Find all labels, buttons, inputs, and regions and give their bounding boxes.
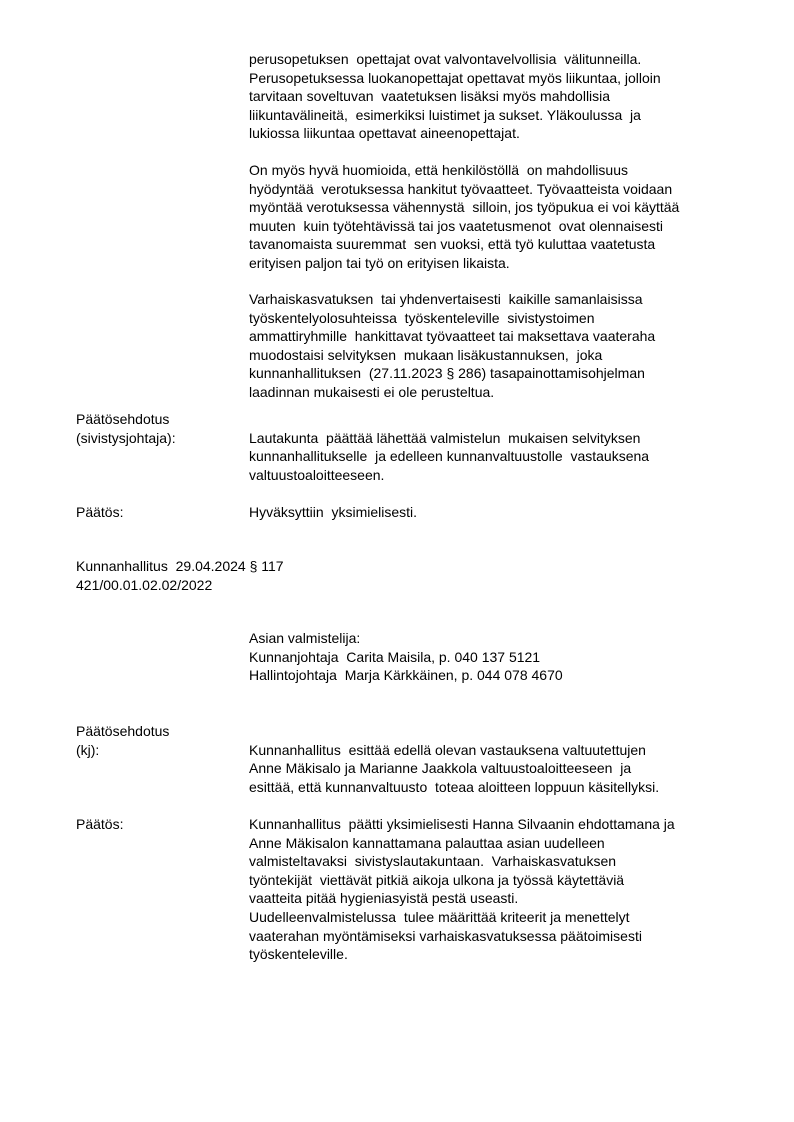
preparer-line: Kunnanjohtaja Carita Maisila, p. 040 137… [249,648,563,667]
meeting-heading: Kunnanhallitus 29.04.2024 § 117 [76,557,284,576]
text-line: kunnanhallituksen (27.11.2023 § 286) tas… [249,364,655,383]
lautakunta-decision-label: Päätös: [76,503,123,522]
text-line: Uudelleenvalmistelussa tulee määrittää k… [249,908,675,927]
text-line: laadinnan mukaisesti ei ole perusteltua. [249,383,655,402]
text-line: tavanomaista suuremmat sen vuoksi, että … [249,235,679,254]
lautakunta-proposal-label: Päätösehdotus (sivistysjohtaja): [76,410,176,447]
text-line: tarvitaan soveltuvan vaatetuksen lisäksi… [249,87,661,106]
kh-proposal-label: Päätösehdotus (kj): [76,722,169,759]
text-line: vaaterahan myöntämiseksi varhaiskasvatuk… [249,927,675,946]
text-line: esittää, että kunnanvaltuusto toteaa alo… [249,778,659,797]
text-line: lukiossa liikuntaa opettavat aineenopett… [249,124,661,143]
text-line: kunnanhallitukselle ja edelleen kunnanva… [249,447,649,466]
text-line: Kunnanhallitus päätti yksimielisesti Han… [249,815,675,834]
text-line: valtuustoaloitteeseen. [249,466,649,485]
kh-decision-label: Päätös: [76,815,123,834]
label-line: (kj): [76,741,169,760]
text-line: Varhaiskasvatuksen tai yhdenvertaisesti … [249,290,655,309]
kunnanhallitus-heading-block: Kunnanhallitus 29.04.2024 § 117 421/00.0… [76,557,284,594]
intro-paragraph-2: On myös hyvä huomioida, että henkilöstöl… [249,161,679,273]
label-line: Päätösehdotus [76,410,176,429]
text-line: työskentelyolosuhteissa työskenteleville… [249,309,655,328]
text-line: muodostaisi selvityksen mukaan lisäkusta… [249,346,655,365]
text-line: perusopetuksen opettajat ovat valvontave… [249,50,661,69]
diary-number: 421/00.01.02.02/2022 [76,576,284,595]
preparers-title: Asian valmistelija: [249,629,563,648]
text-line: valmisteltavaksi sivistyslautakuntaan. V… [249,852,675,871]
kh-decision-text: Kunnanhallitus päätti yksimielisesti Han… [249,815,675,964]
text-line: työskenteleville. [249,945,675,964]
preparer-line: Hallintojohtaja Marja Kärkkäinen, p. 044… [249,666,563,685]
text-line: erityisen paljon tai työ on erityisen li… [249,254,679,273]
label-line: (sivistysjohtaja): [76,429,176,448]
intro-paragraph-3: Varhaiskasvatuksen tai yhdenvertaisesti … [249,290,655,402]
label-line: Päätös: [76,815,123,834]
text-line: Anne Mäkisalo ja Marianne Jaakkola valtu… [249,759,659,778]
lautakunta-decision-text: Hyväksyttiin yksimielisesti. [249,503,417,522]
text-line: vaatteita pitää hygieniasyistä pestä use… [249,889,675,908]
kh-proposal-text: Kunnanhallitus esittää edellä olevan vas… [249,741,659,797]
text-line: muuten kuin työtehtävissä tai jos vaatet… [249,217,679,236]
text-line: hyödyntää verotuksessa hankitut työvaatt… [249,180,679,199]
text-line: Perusopetuksessa luokanopettajat opettav… [249,69,661,88]
text-line: On myös hyvä huomioida, että henkilöstöl… [249,161,679,180]
preparers-block: Asian valmistelija: Kunnanjohtaja Carita… [249,629,563,685]
text-line: Kunnanhallitus esittää edellä olevan vas… [249,741,659,760]
text-line: Lautakunta päättää lähettää valmistelun … [249,429,649,448]
lautakunta-proposal-text: Lautakunta päättää lähettää valmistelun … [249,429,649,485]
text-line: ammattiryhmille hankittavat työvaatteet … [249,327,655,346]
text-line: liikuntavälineitä, esimerkiksi luistimet… [249,106,661,125]
text-line: työntekijät viettävät pitkiä aikoja ulko… [249,871,675,890]
text-line: Hyväksyttiin yksimielisesti. [249,503,417,522]
label-line: Päätös: [76,503,123,522]
text-line: Anne Mäkisalon kannattamana palauttaa as… [249,834,675,853]
text-line: myöntää verotuksessa vähennystä silloin,… [249,198,679,217]
intro-paragraph-1: perusopetuksen opettajat ovat valvontave… [249,50,661,143]
label-line: Päätösehdotus [76,722,169,741]
